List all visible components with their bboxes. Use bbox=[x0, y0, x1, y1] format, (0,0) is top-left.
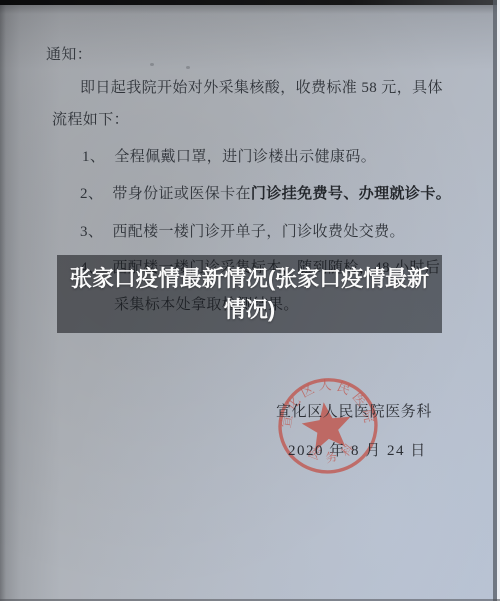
list-item-3-number: 3、 bbox=[80, 222, 103, 242]
hospital-seal: 宣化区人民医院 医务科 bbox=[264, 365, 390, 488]
paper-speck bbox=[150, 63, 154, 66]
paper-speck bbox=[186, 66, 190, 69]
photo-top-edge bbox=[0, 0, 500, 5]
intro-line-1: 即日起我院开始对外采集核酸，收费标准 58 元，具体 bbox=[80, 78, 443, 98]
list-item-2: 2、带身份证或医保卡在门诊挂免费号、办理就诊卡。 bbox=[80, 184, 451, 204]
notice-salutation: 通知： bbox=[46, 45, 92, 65]
list-item-1-text: 全程佩戴口罩，进门诊楼出示健康码。 bbox=[114, 149, 376, 165]
caption-line-1: 张家口疫情最新情况(张家口疫情最新 bbox=[70, 263, 429, 294]
signature-line: 宣化区人民医院医务科 bbox=[276, 400, 432, 421]
list-item-1: 1、全程佩戴口罩，进门诊楼出示健康码。 bbox=[82, 147, 376, 167]
list-item-1-number: 1、 bbox=[82, 147, 105, 167]
list-item-3: 3、西配楼一楼门诊开单子，门诊收费处交费。 bbox=[80, 222, 405, 242]
list-item-2-text-bold: 门诊挂免费号、办理就诊卡。 bbox=[251, 186, 451, 202]
caption-banner: 张家口疫情最新情况(张家口疫情最新 情况) bbox=[57, 255, 442, 333]
date-line: 2020 年 8 月 24 日 bbox=[288, 439, 427, 460]
intro-line-2: 流程如下： bbox=[52, 110, 129, 130]
photo-of-notice: 通知： 即日起我院开始对外采集核酸，收费标准 58 元，具体 流程如下： 1、全… bbox=[0, 0, 500, 601]
list-item-2-number: 2、 bbox=[80, 184, 103, 204]
list-item-2-text: 带身份证或医保卡在 bbox=[112, 186, 251, 202]
photo-left-shadow bbox=[0, 0, 60, 601]
caption-line-2: 情况) bbox=[224, 294, 275, 325]
list-item-3-text: 西配楼一楼门诊开单子，门诊收费处交费。 bbox=[112, 224, 405, 240]
